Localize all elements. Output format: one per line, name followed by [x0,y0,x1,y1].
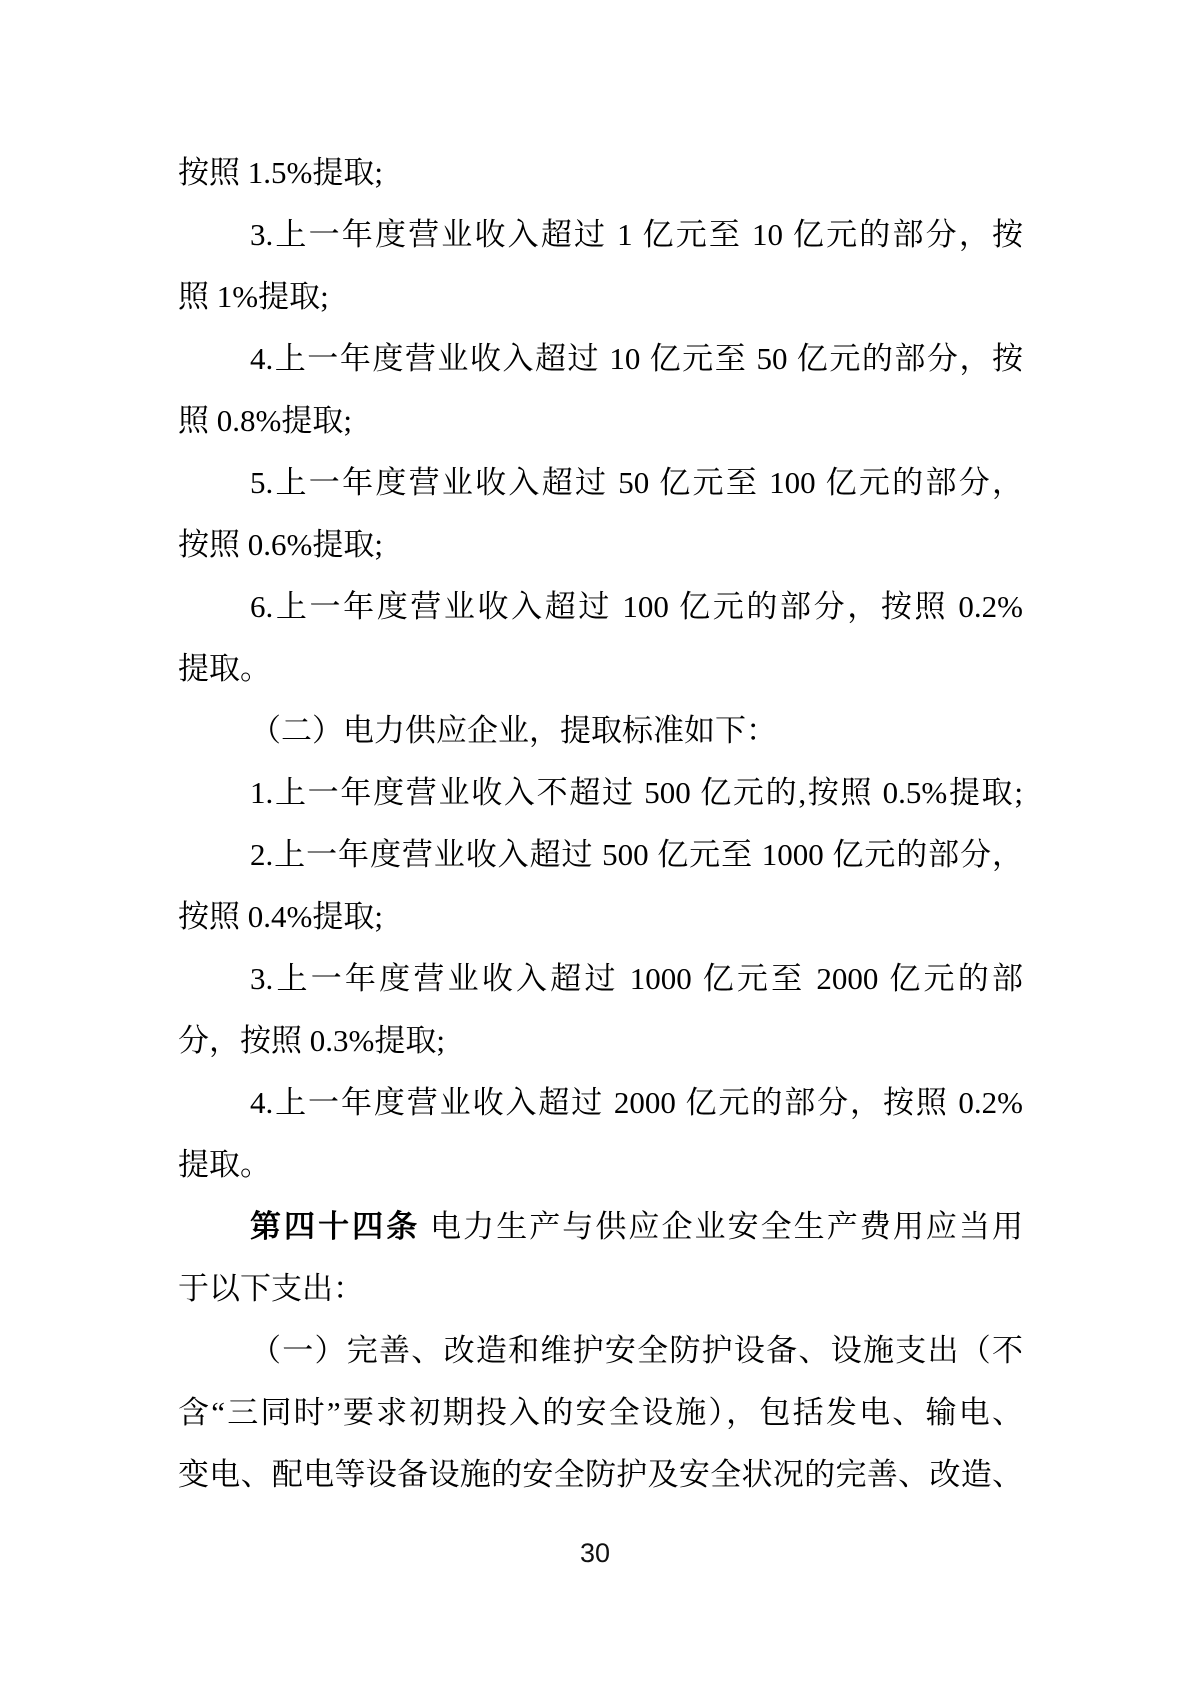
text-line: 含“三同时”要求初期投入的安全设施），包括发电、输电、 [178,1382,1023,1444]
page-number: 30 [0,1538,1190,1569]
text-line: 分，按照 0.3%提取; [178,1010,1023,1072]
text-line: 4.上一年度营业收入超过 2000 亿元的部分，按照 0.2% [178,1072,1023,1134]
text-line: 按照 0.4%提取; [178,886,1023,948]
text-line: 3.上一年度营业收入超过 1000 亿元至 2000 亿元的部 [178,948,1023,1010]
text-line: 照 1%提取; [178,266,1023,328]
article-number: 第四十四条 [250,1209,420,1244]
text-line: 提取。 [178,1134,1023,1196]
article-heading-text: 电力生产与供应企业安全生产费用应当用 [420,1209,1023,1244]
text-line: 3.上一年度营业收入超过 1 亿元至 10 亿元的部分，按 [178,204,1023,266]
text-line: （二）电力供应企业，提取标准如下： [178,700,1023,762]
document-page: 按照 1.5%提取; 3.上一年度营业收入超过 1 亿元至 10 亿元的部分，按… [0,0,1190,1683]
document-text-block: 按照 1.5%提取; 3.上一年度营业收入超过 1 亿元至 10 亿元的部分，按… [178,142,1023,1506]
text-line: 提取。 [178,638,1023,700]
text-line: 4.上一年度营业收入超过 10 亿元至 50 亿元的部分，按 [178,328,1023,390]
text-line: 按照 0.6%提取; [178,514,1023,576]
text-line: 5.上一年度营业收入超过 50 亿元至 100 亿元的部分， [178,452,1023,514]
text-line: 按照 1.5%提取; [178,142,1023,204]
text-line: 变电、配电等设备设施的安全防护及安全状况的完善、改造、 [178,1444,1023,1506]
text-line: （一）完善、改造和维护安全防护设备、设施支出（不 [178,1320,1023,1382]
text-line: 2.上一年度营业收入超过 500 亿元至 1000 亿元的部分， [178,824,1023,886]
article-44-heading-line: 第四十四条 电力生产与供应企业安全生产费用应当用 [178,1196,1023,1258]
text-line: 6.上一年度营业收入超过 100 亿元的部分，按照 0.2% [178,576,1023,638]
text-line: 照 0.8%提取; [178,390,1023,452]
text-line: 于以下支出： [178,1258,1023,1320]
text-line: 1.上一年度营业收入不超过 500 亿元的,按照 0.5%提取; [178,762,1023,824]
